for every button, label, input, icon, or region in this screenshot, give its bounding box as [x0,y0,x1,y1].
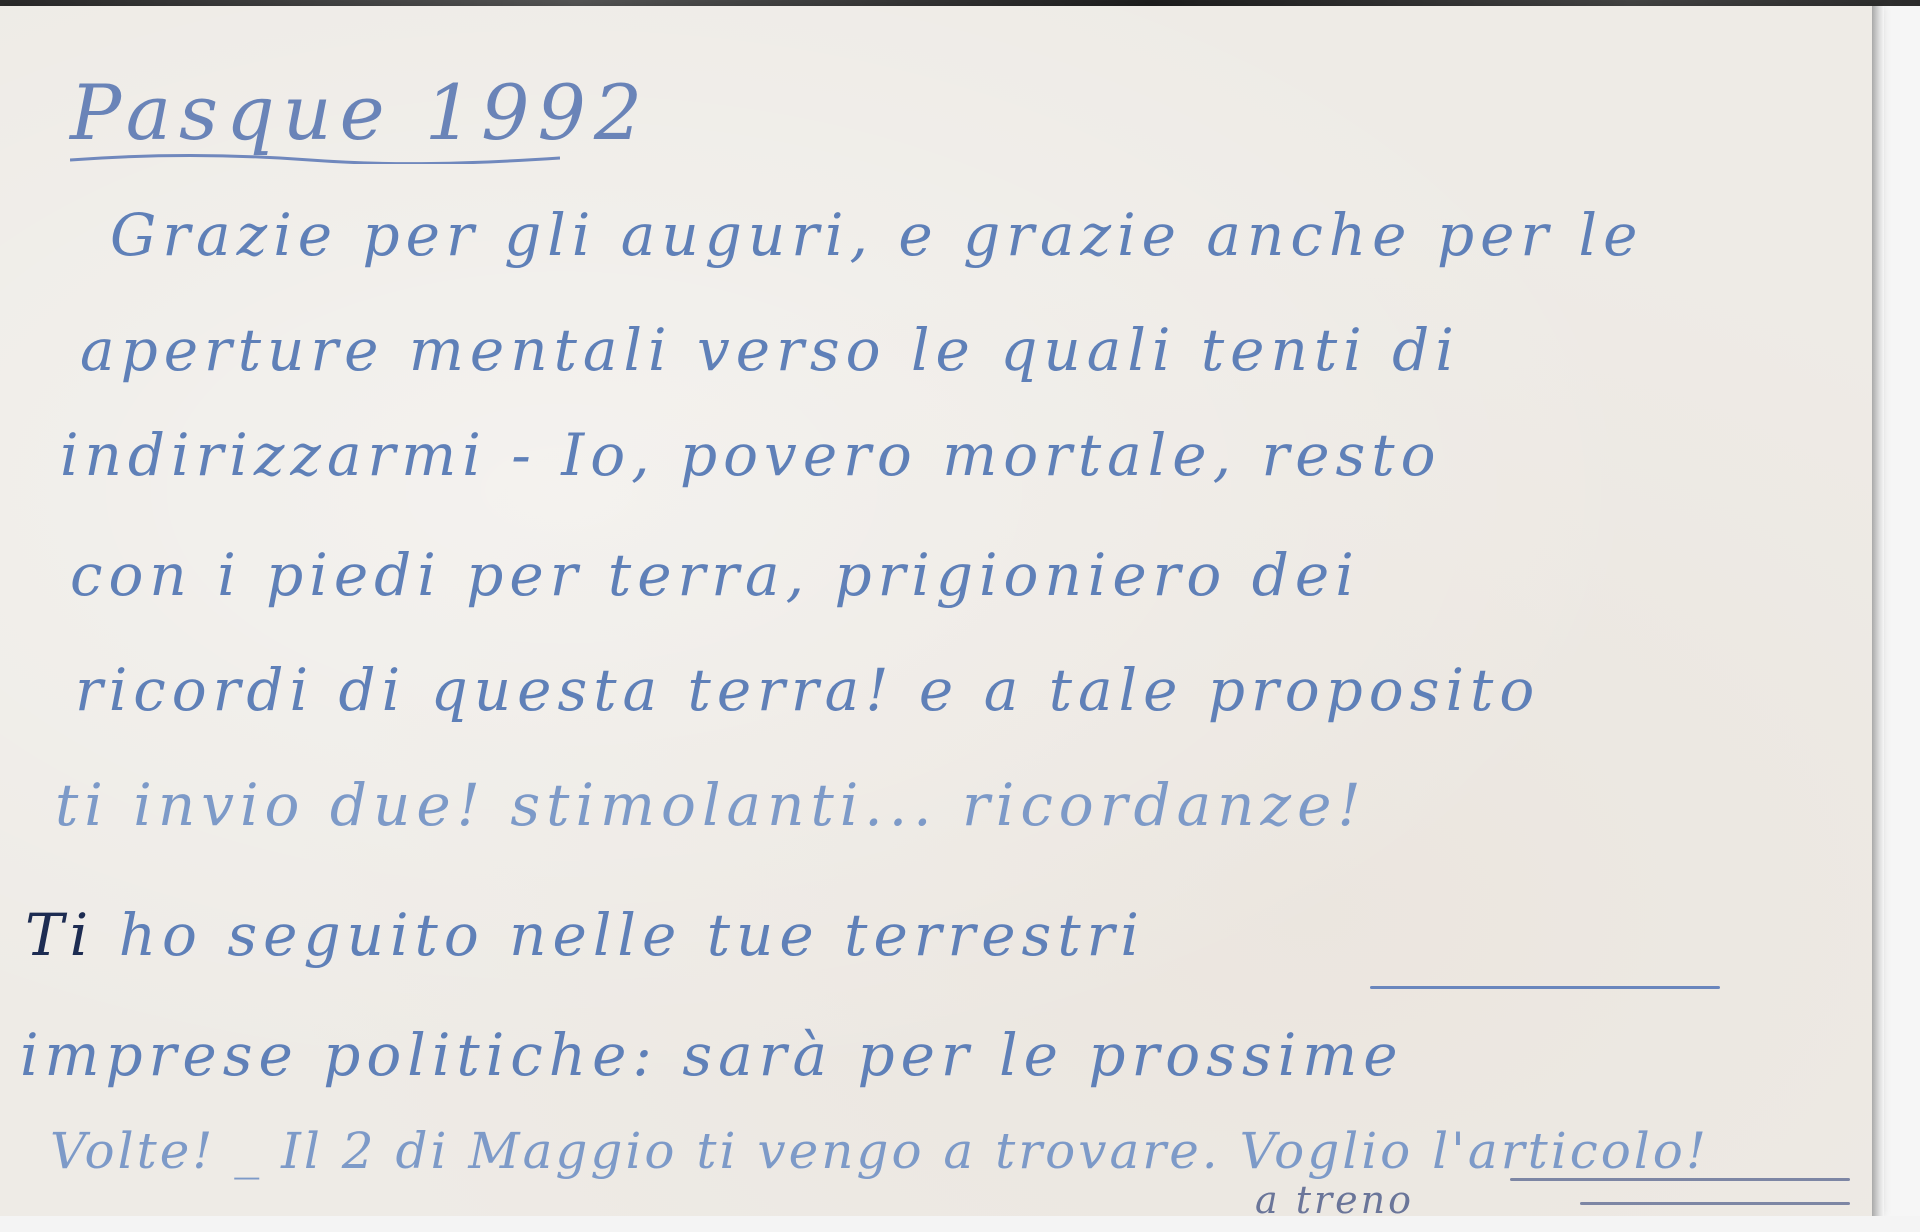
letter-line-4: con i piedi per terra, prigioniero dei [70,546,1360,604]
letter-line-9: Volte! _ Il 2 di Maggio ti vengo a trova… [50,1126,1709,1176]
letter-line-2: aperture mentali verso le quali tenti di [80,321,1460,379]
card-edge-shadow [1872,6,1884,1216]
word-underline-terrestri [1370,986,1720,989]
letter-line-1: Grazie per gli auguri, e grazie anche pe… [110,206,1643,264]
letter-line-7-first-word: Ti [25,901,94,969]
letter-line-3: indirizzarmi - Io, povero mortale, resto [60,426,1442,484]
postcard: Pasque 1992 Grazie per gli auguri, e gra… [0,6,1875,1216]
letter-line-6: ti invio due! stimolanti... ricordanze! [55,776,1367,834]
letter-line-7: Ti ho seguito nelle tue terrestri [25,906,1145,964]
scan-bottom-edge [0,1216,1920,1232]
heading-wavy-underline [70,154,560,164]
closing-underline-2 [1580,1202,1850,1205]
letter-line-5: ricordi di questa terra! e a tale propos… [75,661,1540,719]
letter-line-7-rest: ho seguito nelle tue terrestri [119,901,1145,969]
postcard-heading: Pasque 1992 [70,68,650,157]
closing-underline-1 [1510,1178,1850,1181]
letter-line-8: imprese politiche: sarà per le prossime [20,1026,1404,1084]
